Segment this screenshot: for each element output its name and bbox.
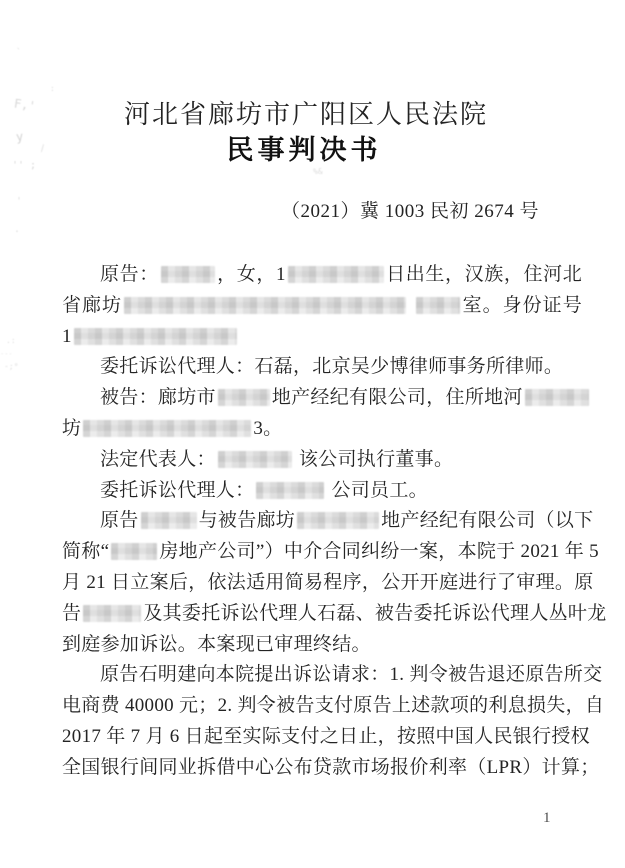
text-segment: 公司员工。 [326,480,428,501]
judgment-line: 委托诉讼代理人：石磊，北京吴少博律师事务所律师。 [62,352,582,383]
redaction-block [297,512,379,529]
redaction-block [218,389,270,406]
case-number: （2021）冀 1003 民初 2674 号 [281,196,539,223]
text-segment: 法定代表人： [100,449,216,470]
text-segment: 2017 年 7 月 6 日起至实际支付之日止，按照中国人民银行授权 [62,726,590,747]
judgment-line: 原告：，女，1日出生，汉族，住河北 [62,260,582,291]
scan-artifact: ' [16,196,22,207]
scan-artifact: : [50,84,55,93]
redaction-block [141,512,197,529]
redaction-block [124,297,406,314]
text-segment: 被告：廊坊市 [100,387,216,408]
redaction-block [218,451,292,468]
text-segment: 委托诉讼代理人： [100,480,254,501]
judgment-line: 法定代表人： 该公司执行董事。 [62,445,582,476]
judgment-line: 简称“房地产公司”）中介合同纠纷一案，本院于 2021 年 5 [62,537,582,568]
judgment-line: 1 [62,322,582,353]
text-segment: 日出生，汉族，住河北 [386,264,582,285]
judgment-document-page: 河北省廊坊市广阳区人民法院 民事判决书 （2021）冀 1003 民初 2674… [0,0,625,868]
text-segment: 原告石明建向本院提出诉讼请求：1. 判令被告退还原告所交 [100,664,602,685]
text-segment: 与被告廊坊 [199,510,296,531]
judgment-line: 电商费 40000 元；2. 判令被告支付原告上述款项的利息损失，自 [62,691,582,722]
text-segment: 简称“ [62,541,109,562]
scan-artifact: -;° [4,362,19,372]
document-title: 民事判决书 [0,128,608,167]
judgment-line: 月 21 日立案后，依法适用简易程序，公开开庭进行了审理。原 [62,568,582,599]
redaction-block [256,482,324,499]
redaction-block [161,266,215,283]
judgment-line: 被告：廊坊市地产经纪有限公司，住所地河 [62,383,582,414]
text-segment: 该公司执行董事。 [294,449,453,470]
judgment-line: 全国银行间同业拆借中心公布贷款市场报价利率（LPR）计算； [62,753,582,784]
court-name: 河北省廊坊市广阳区人民法院 [0,94,612,131]
scan-artifact: %& [313,167,323,176]
text-segment: 坊 [62,418,81,439]
page-number: 1 [543,810,551,827]
text-segment: 告 [62,603,81,624]
judgment-line: 省廊坊 室。身份证号 [62,291,582,322]
redaction-block [111,543,157,560]
judgment-line: 委托诉讼代理人： 公司员工。 [62,476,582,507]
text-segment: 原告 [100,510,139,531]
scan-artifact: ` [16,48,21,58]
text-segment: 全国银行间同业拆借中心公布贷款市场报价利率（LPR）计算； [62,757,600,778]
scan-artifact: .: [6,336,16,345]
redaction-block [83,605,141,622]
redaction-block [416,297,460,314]
redaction-block [83,420,251,437]
judgment-line: 到庭参加诉讼。本案现已审理终结。 [62,630,582,661]
text-segment: 及其委托诉讼代理人石磊、被告委托诉讼代理人丛叶龙 [143,603,606,624]
scan-artifact: --- [0,350,13,358]
text-segment: 室。身份证号 [462,295,582,316]
scan-artifact: . [14,224,20,235]
judgment-line: 原告石明建向本院提出诉讼请求：1. 判令被告退还原告所交 [62,660,582,691]
text-segment: 3。 [253,418,282,439]
judgment-line: 坊3。 [62,414,582,445]
judgment-line: 告及其委托诉讼代理人石磊、被告委托诉讼代理人丛叶龙 [62,599,582,630]
text-segment: 月 21 日立案后，依法适用简易程序，公开开庭进行了审理。原 [62,572,594,593]
redaction-block [288,266,384,283]
text-segment: 电商费 40000 元；2. 判令被告支付原告上述款项的利息损失，自 [62,695,604,716]
document-body: 原告：，女，1日出生，汉族，住河北省廊坊 室。身份证号1委托诉讼代理人：石磊，北… [62,260,582,784]
text-segment: 省廊坊 [62,295,122,316]
text-segment: 原告： [100,264,159,285]
text-segment: 委托诉讼代理人：石磊，北京吴少博律师事务所律师。 [100,356,563,377]
text-segment: 到庭参加诉讼。本案现已审理终结。 [62,634,371,655]
text-segment: 房地产公司”）中介合同纠纷一案，本院于 2021 年 5 [159,541,599,562]
redaction-block [525,389,589,406]
judgment-line: 原告与被告廊坊地产经纪有限公司（以下 [62,506,582,537]
text-segment: 地产经纪有限公司（以下 [381,510,593,531]
redaction-block [74,328,237,345]
text-segment [408,295,414,316]
text-segment: 地产经纪有限公司，住所地河 [272,387,523,408]
text-segment: 1 [62,326,72,347]
judgment-line: 2017 年 7 月 6 日起至实际支付之日止，按照中国人民银行授权 [62,722,582,753]
text-segment: ，女，1 [217,264,286,285]
